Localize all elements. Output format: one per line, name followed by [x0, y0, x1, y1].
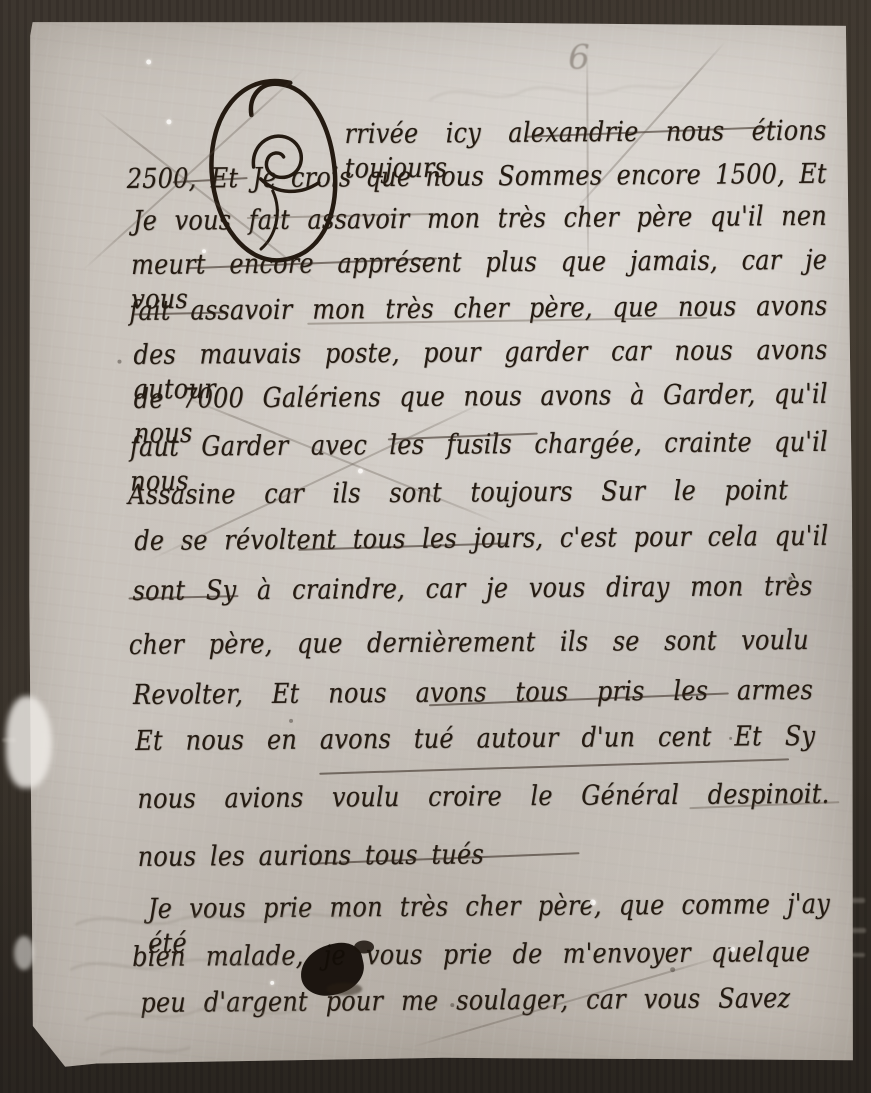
speck [166, 119, 171, 124]
speck [208, 489, 211, 492]
photo-background: 6 rrivée icy alexandrie nous étions touj… [0, 0, 871, 1093]
speck [450, 1003, 454, 1007]
speck [788, 577, 792, 581]
letter-line: de se révoltent tous les jours, c'est po… [134, 518, 828, 558]
speck [202, 249, 206, 253]
letter-line: Et nous en avons tué autour d'un cent Et… [135, 719, 815, 759]
letter-paper: 6 rrivée icy alexandrie nous étions touj… [26, 16, 855, 1068]
speck [670, 967, 675, 972]
speck [146, 59, 151, 64]
letter-line: nous les aurions tous tués [138, 835, 738, 874]
letter-line: cher père, que dernièrement ils se sont … [129, 623, 809, 663]
speck [117, 360, 121, 364]
speck [270, 981, 274, 985]
speck [590, 900, 596, 906]
speck [289, 719, 293, 723]
bleedthrough-writing [60, 899, 371, 1070]
letter-line: sont Sy à craindre, car je vous diray mo… [132, 569, 812, 609]
stray-stroke [319, 758, 789, 774]
letter-line: 2500, Et Je crois que nous Sommes encore… [127, 156, 827, 196]
white-stain [14, 936, 34, 970]
white-stain [6, 696, 52, 788]
speck [358, 469, 363, 474]
speck [730, 947, 735, 952]
edge-mark [851, 953, 865, 957]
speck [729, 737, 732, 740]
letter-line: nous avions voulu croire le Général desp… [137, 776, 829, 816]
